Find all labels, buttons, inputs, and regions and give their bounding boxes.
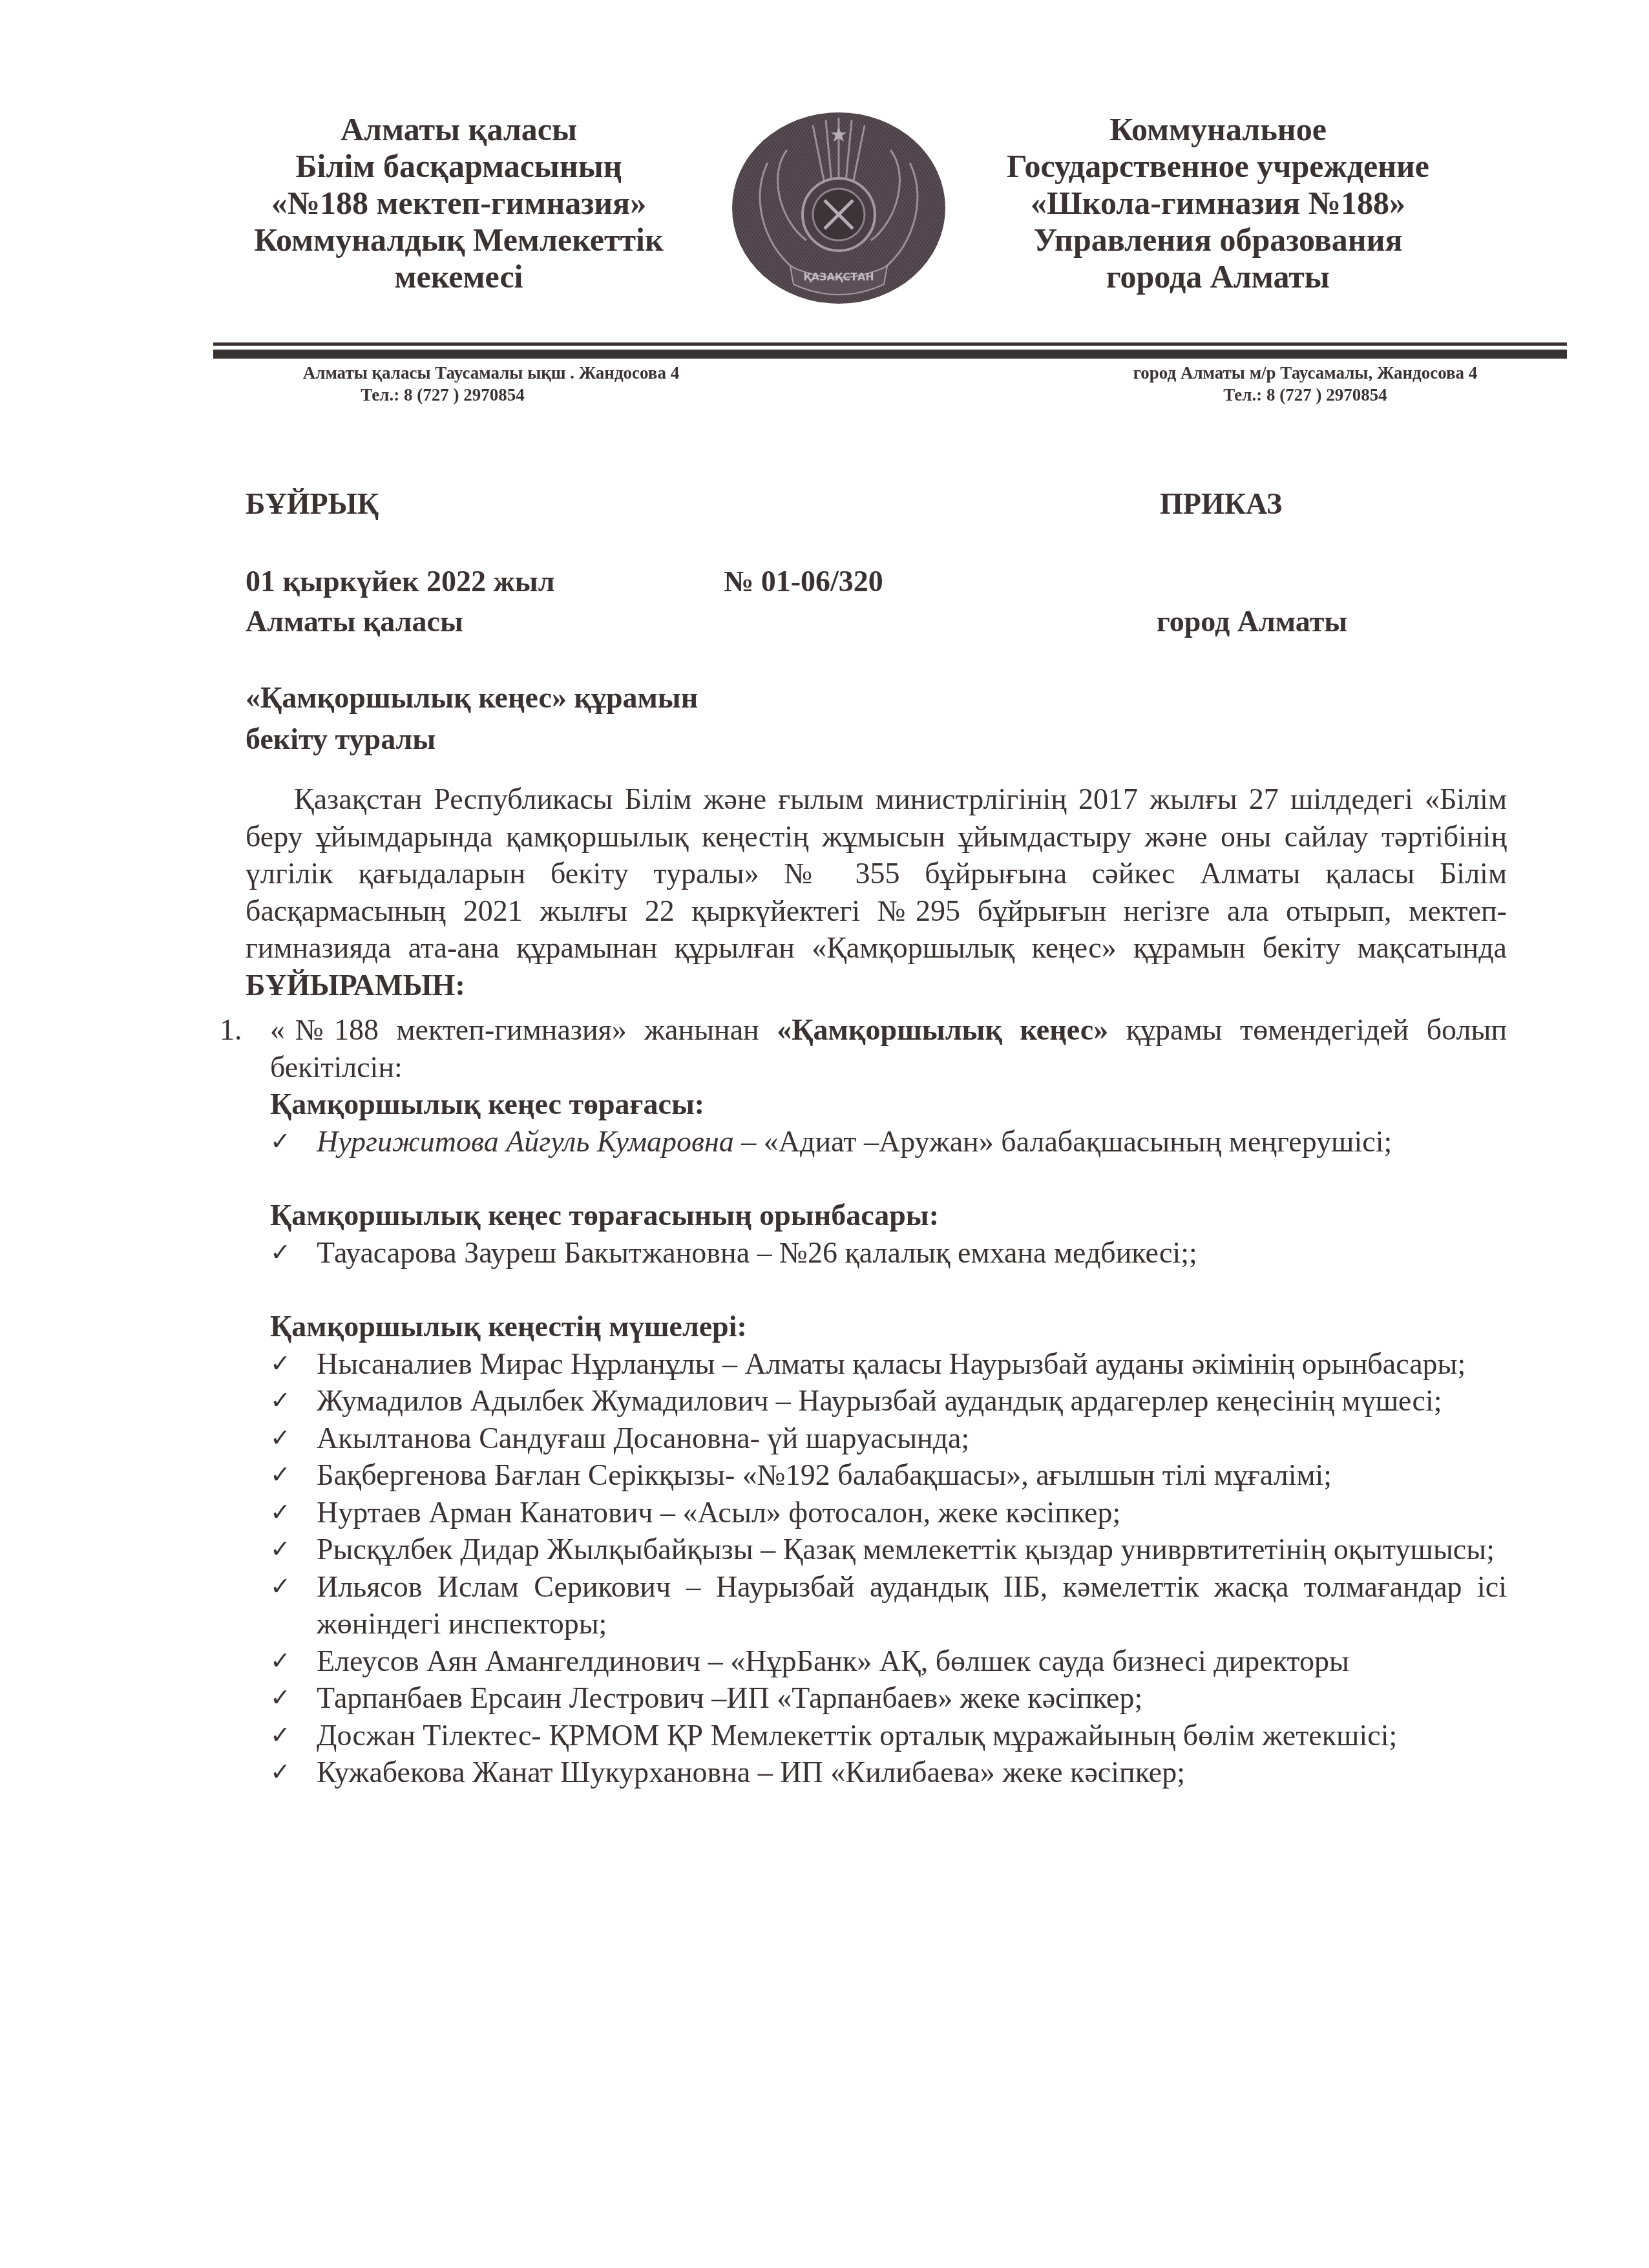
list-item: ✓Бақбергенова Бағлан Серікқызы- «№192 ба… [270, 1456, 1507, 1494]
list-item: ✓Рысқұлбек Дидар Жылқыбайқызы – Қазақ ме… [270, 1531, 1507, 1568]
order-city-kazakh: Алматы қаласы [246, 604, 463, 640]
header-line: Алматы қаласы [213, 111, 704, 148]
list-item: ✓ Тауасарова Зауреш Бакытжановна – №26 қ… [270, 1234, 1507, 1272]
header-russian: Коммунальное Государственное учреждение … [969, 111, 1467, 295]
member-text: Ильясов Ислам Серикович – Наурызбай ауда… [317, 1570, 1507, 1641]
member-text: Кужабекова Жанат Шукурхановна – ИП «Кили… [317, 1756, 1185, 1789]
list-item: ✓Нысаналиев Мирас Нұрланұлы – Алматы қал… [270, 1345, 1507, 1383]
order-title-kazakh: БҰЙРЫҚ [246, 486, 379, 522]
checkmark-icon: ✓ [270, 1456, 291, 1494]
list-item-1: 1. «№188 мектеп-гимназия» жанынан «Қамқо… [246, 1011, 1507, 1791]
section-heading-deputy: Қамқоршылық кеңес төрағасының орынбасары… [270, 1197, 1507, 1234]
header-line: города Алматы [969, 258, 1467, 295]
svg-text:ҚАЗАҚСТАН: ҚАЗАҚСТАН [803, 271, 874, 283]
deputy-list: ✓ Тауасарова Зауреш Бакытжановна – №26 қ… [270, 1234, 1507, 1272]
intro-text: Қазақстан Республикасы Білім және ғылым … [246, 782, 1507, 964]
member-text: Жумадилов Адылбек Жумадилович – Наурызба… [317, 1384, 1442, 1417]
list-number: 1. [220, 1011, 242, 1049]
member-text: Нуртаев Арман Канатович – «Асыл» фотосал… [317, 1496, 1120, 1529]
order-body: Қазақстан Республикасы Білім және ғылым … [246, 781, 1507, 1791]
list-item: ✓Жумадилов Адылбек Жумадилович – Наурызб… [270, 1382, 1507, 1420]
list-item: ✓Нуртаев Арман Канатович – «Асыл» фотоса… [270, 1494, 1507, 1531]
checkmark-icon: ✓ [270, 1382, 291, 1420]
member-text: Тауасарова Зауреш Бакытжановна – №26 қал… [317, 1236, 1197, 1269]
member-name: Нургижитова Айгуль Кумаровна [317, 1125, 734, 1158]
members-list: ✓Нысаналиев Мирас Нұрланұлы – Алматы қал… [270, 1345, 1507, 1791]
checkmark-icon: ✓ [270, 1123, 291, 1160]
order-city-russian: город Алматы [1157, 604, 1347, 640]
header-line: Коммуналдық Мемлекеттік [213, 222, 704, 258]
address-russian: город Алматы м/р Таусамалы, Жандосова 4 … [1047, 362, 1564, 406]
list-item: ✓Досжан Тілектес- ҚРМОМ ҚР Мемлекеттік о… [270, 1717, 1507, 1754]
member-text: Рысқұлбек Дидар Жылқыбайқызы – Қазақ мем… [317, 1533, 1495, 1566]
checkmark-icon: ✓ [270, 1754, 291, 1791]
checkmark-icon: ✓ [270, 1345, 291, 1383]
item-bold: «Қамқоршылық кеңес» [777, 1013, 1108, 1046]
member-text: Досжан Тілектес- ҚРМОМ ҚР Мемлекеттік ор… [317, 1719, 1397, 1752]
address-kazakh: Алматы қаласы Таусамалы ықш . Жандосова … [233, 362, 750, 406]
checkmark-icon: ✓ [270, 1643, 291, 1680]
member-text: Нысаналиев Мирас Нұрланұлы – Алматы қала… [317, 1347, 1465, 1380]
header-kazakh: Алматы қаласы Білім басқармасының «№188 … [213, 111, 704, 295]
header-line: Коммунальное [969, 111, 1467, 148]
section-heading-chair: Қамқоршылық кеңес төрағасы: [270, 1086, 1507, 1123]
list-item: ✓Елеусов Аян Амангелдинович – «НұрБанк» … [270, 1643, 1507, 1680]
list-item: ✓Нургижитова Айгуль Кумаровна – «Адиат –… [270, 1123, 1507, 1160]
list-item: ✓Акылтанова Сандуғаш Досановна- үй шаруа… [270, 1420, 1507, 1457]
member-text: Акылтанова Сандуғаш Досановна- үй шаруас… [317, 1422, 969, 1454]
header-line: «Школа-гимназия №188» [969, 185, 1467, 222]
phone-line: Тел.: 8 (727 ) 2970854 [233, 384, 750, 406]
checkmark-icon: ✓ [270, 1679, 291, 1717]
header-line: «№188 мектеп-гимназия» [213, 185, 704, 222]
address-line: Алматы қаласы Таусамалы ықш . Жандосова … [233, 362, 750, 384]
header-line: Государственное учреждение [969, 148, 1467, 185]
order-number: № 01-06/320 [724, 563, 883, 600]
checkmark-icon: ✓ [270, 1717, 291, 1754]
member-text: Бақбергенова Бағлан Серікқызы- «№192 бал… [317, 1458, 1332, 1491]
intro-paragraph: Қазақстан Республикасы Білім және ғылым … [246, 781, 1507, 1003]
command-word: БҰЙЫРАМЫН: [246, 969, 465, 1002]
header-divider-thin [213, 342, 1567, 346]
checkmark-icon: ✓ [270, 1234, 291, 1272]
member-text: Тарпанбаев Ерсаин Лестрович –ИП «Тарпанб… [317, 1681, 1142, 1714]
member-role: – «Адиат –Аружан» балабақшасының меңгеру… [734, 1125, 1392, 1158]
list-item: ✓Тарпанбаев Ерсаин Лестрович –ИП «Тарпан… [270, 1679, 1507, 1717]
checkmark-icon: ✓ [270, 1568, 291, 1606]
checkmark-icon: ✓ [270, 1531, 291, 1568]
kazakhstan-emblem-icon: ҚАЗАҚСТАН [729, 111, 949, 311]
header-line: Білім басқармасының [213, 148, 704, 185]
header-line: мекемесі [213, 258, 704, 295]
subject-line: бекіту туралы [246, 719, 698, 760]
list-item: ✓Кужабекова Жанат Шукурхановна – ИП «Кил… [270, 1754, 1507, 1791]
address-line: город Алматы м/р Таусамалы, Жандосова 4 [1047, 362, 1564, 384]
header-divider-thick [213, 350, 1567, 359]
list-item: ✓Ильясов Ислам Серикович – Наурызбай ауд… [270, 1568, 1507, 1643]
member-text: Елеусов Аян Амангелдинович – «НұрБанк» А… [317, 1644, 1349, 1677]
item-text: «№188 мектеп-гимназия» жанынан [270, 1013, 777, 1046]
order-date: 01 қыркүйек 2022 жыл [246, 563, 555, 600]
subject-line: «Қамқоршылық кеңес» құрамын [246, 677, 698, 719]
order-subject: «Қамқоршылық кеңес» құрамын бекіту турал… [246, 677, 698, 760]
checkmark-icon: ✓ [270, 1420, 291, 1457]
checkmark-icon: ✓ [270, 1494, 291, 1531]
header-line: Управления образования [969, 222, 1467, 258]
section-heading-members: Қамқоршылық кеңестің мүшелері: [270, 1308, 1507, 1345]
phone-line: Тел.: 8 (727 ) 2970854 [1047, 384, 1564, 406]
chair-list: ✓Нургижитова Айгуль Кумаровна – «Адиат –… [270, 1123, 1507, 1160]
order-title-russian: ПРИКАЗ [1160, 486, 1282, 522]
